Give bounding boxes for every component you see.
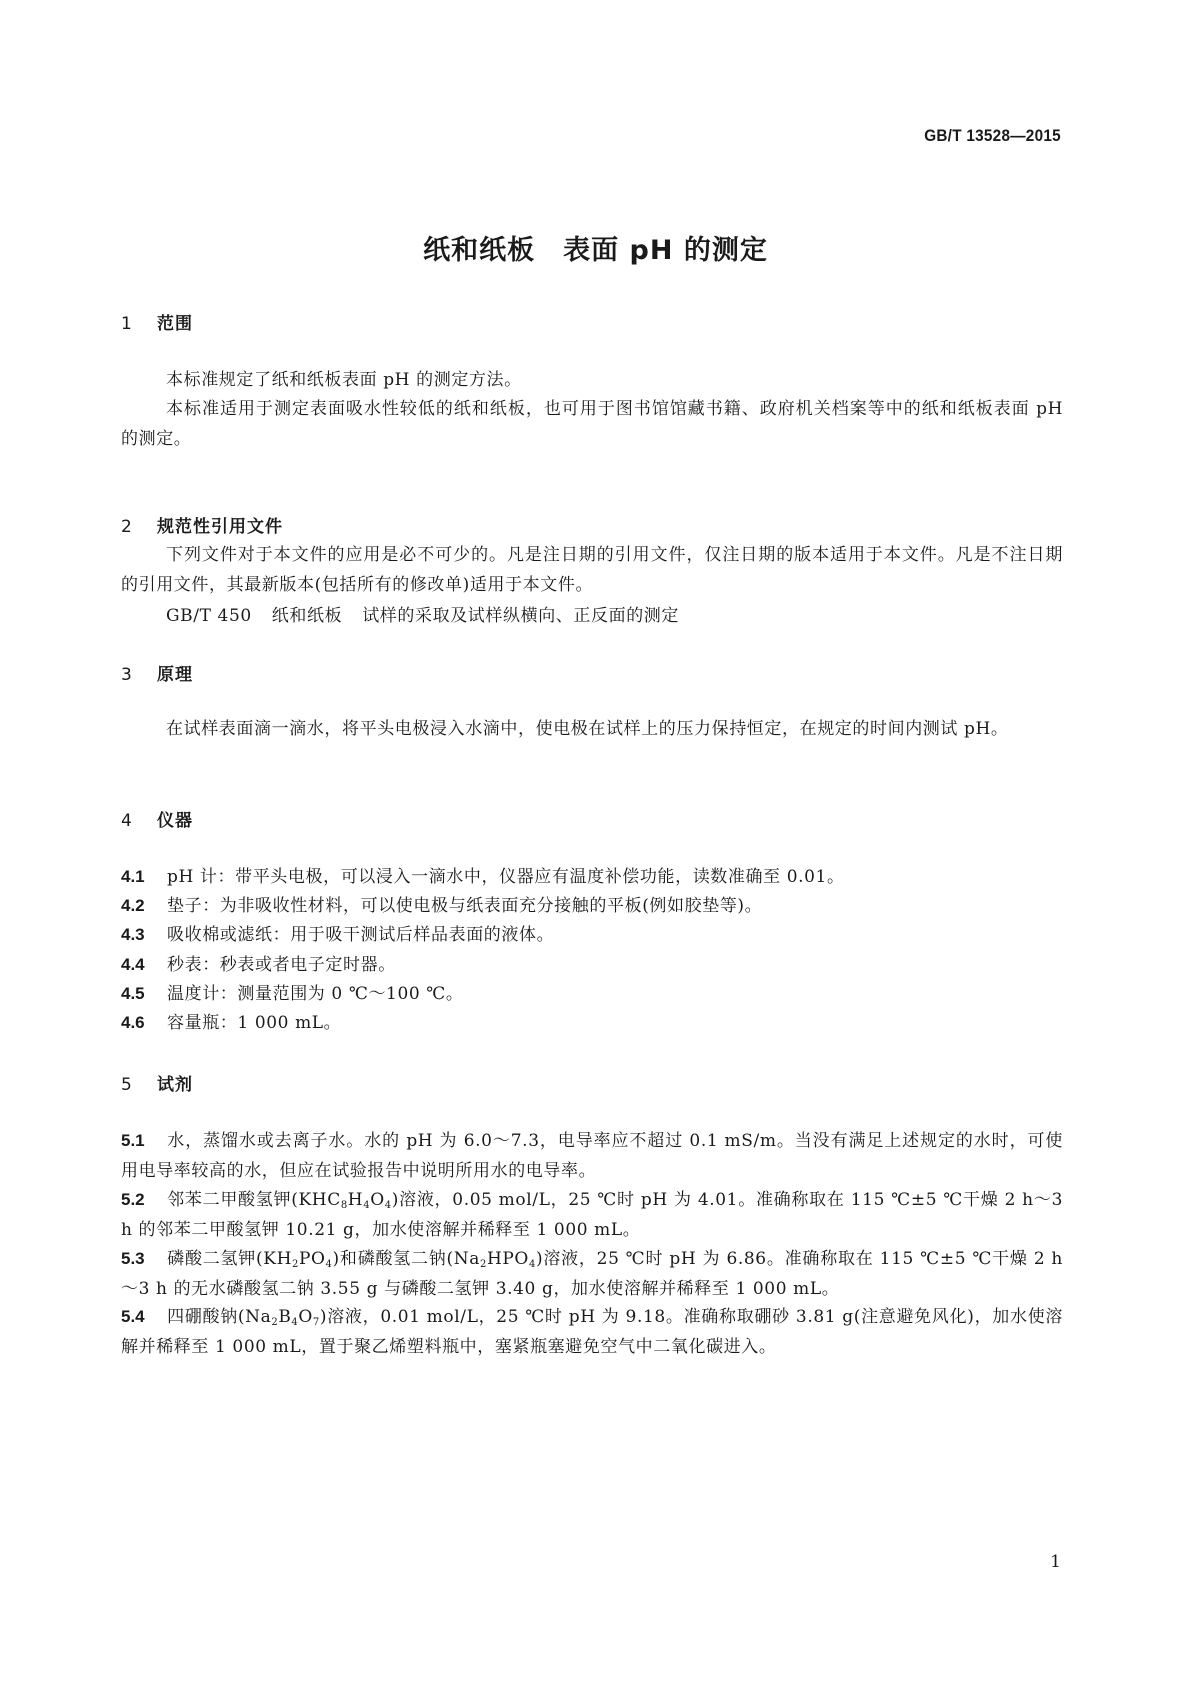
standard-code: GB/T 13528—2015 (924, 126, 1061, 146)
section-1-heading: 1范围 (121, 309, 193, 334)
section-1-paragraph-2: 本标准适用于测定表面吸水性较低的纸和纸板，也可用于图书馆馆藏书籍、政府机关档案等… (121, 395, 1063, 454)
clause-5-4: 5.4四硼酸钠(Na2B4O7)溶液，0.01 mol/L，25 ℃时 pH 为… (121, 1302, 1063, 1362)
section-4-heading: 4仪器 (121, 806, 193, 831)
section-5-heading: 5试剂 (121, 1070, 193, 1095)
section-1-paragraph-1: 本标准规定了纸和纸板表面 pH 的测定方法。 (121, 366, 1063, 396)
clause-4-3: 4.3吸收棉或滤纸：用于吸干测试后样品表面的液体。 (121, 920, 1063, 951)
title-part-2: 表面 pH 的测定 (563, 235, 768, 266)
clause-4-1: 4.1pH 计：带平头电极，可以浸入一滴水中，仪器应有温度补偿功能，读数准确至 … (121, 862, 1063, 893)
section-3-paragraph-1: 在试样表面滴一滴水，将平头电极浸入水滴中，使电极在试样上的压力保持恒定，在规定的… (121, 715, 1063, 745)
reference-code: GB/T 450 (166, 606, 252, 626)
clause-5-1: 5.1水，蒸馏水或去离子水。水的 pH 为 6.0～7.3，电导率应不超过 0.… (121, 1126, 1063, 1186)
document-title: 纸和纸板表面 pH 的测定 (0, 228, 1191, 267)
clause-4-5: 4.5温度计：测量范围为 0 ℃～100 ℃。 (121, 979, 1063, 1010)
section-2-paragraph-1: 下列文件对于本文件的应用是必不可少的。凡是注日期的引用文件，仅注日期的版本适用于… (121, 541, 1063, 600)
normative-reference: GB/T 450纸和纸板试样的采取及试样纵横向、正反面的测定 (166, 601, 679, 626)
clause-5-2: 5.2邻苯二甲酸氢钾(KHC8H4O4)溶液，0.05 mol/L，25 ℃时 … (121, 1185, 1063, 1245)
title-part-1: 纸和纸板 (423, 235, 535, 266)
clause-5-3: 5.3磷酸二氢钾(KH2PO4)和磷酸氢二钠(Na2HPO4)溶液，25 ℃时 … (121, 1244, 1063, 1304)
clause-4-6: 4.6容量瓶：1 000 mL。 (121, 1008, 1063, 1039)
section-3-heading: 3原理 (121, 660, 193, 685)
page-number: 1 (1050, 1552, 1061, 1572)
clause-4-2: 4.2垫子：为非吸收性材料，可以使电极与纸表面充分接触的平板(例如胶垫等)。 (121, 891, 1063, 922)
document-page: GB/T 13528—2015 纸和纸板表面 pH 的测定 1范围 本标准规定了… (0, 0, 1191, 1684)
section-2-heading: 2规范性引用文件 (121, 512, 283, 537)
clause-4-4: 4.4秒表：秒表或者电子定时器。 (121, 950, 1063, 981)
